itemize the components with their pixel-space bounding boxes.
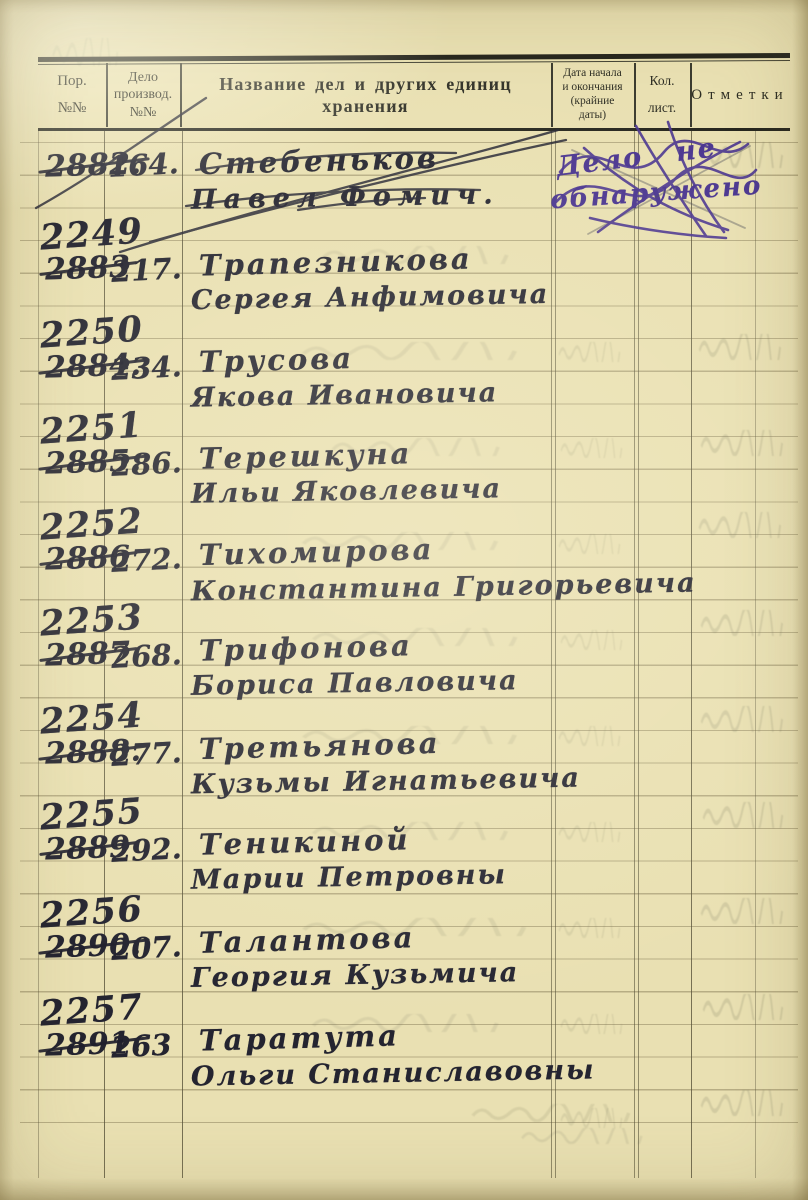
table-row: 2252 2886 272. Тихомирова Константина Гр… [0, 508, 808, 608]
table-row: 2256 2890. 207. Талантова Георгия Кузьми… [0, 896, 808, 996]
entry-given-patronymic: Ильи Яковлевича [191, 473, 503, 509]
entry-given-patronymic: Павел Фомич. [191, 179, 500, 215]
entry-surname: Трапезникова [199, 241, 474, 282]
table-row: 2257 2891. 263 Таратута Ольги Станиславо… [0, 994, 808, 1094]
column-header-serial-number: Пор. №№ [38, 63, 106, 127]
entry-case-number: 217. [110, 251, 182, 289]
column-header-dates: Дата начала и окончания (крайние даты) [551, 63, 634, 127]
entry-surname: Стебеньков [199, 141, 440, 181]
column-header-title: Название дел и других единиц хранения [180, 63, 551, 127]
column-header-notes: Отметки [690, 63, 790, 127]
column-header-sheet-count: Кол. лист. [634, 63, 690, 127]
table-header: Пор. №№ Дело производ. №№ Название дел и… [38, 55, 790, 131]
entry-case-number: 268. [110, 637, 182, 675]
entry-case-number: 286. [110, 445, 182, 483]
entry-given-patronymic: Марии Петровны [191, 859, 507, 896]
entry-case-number: 292. [110, 831, 182, 869]
entry-surname: Тихомирова [199, 532, 435, 572]
entry-case-number: 263 [110, 1027, 172, 1064]
entry-given-patronymic: Бориса Павловича [191, 665, 519, 702]
entry-case-number: 272. [110, 541, 182, 579]
entry-case-number: 207. [110, 929, 182, 967]
column-header-case-number: Дело производ. №№ [106, 63, 180, 127]
entry-given-patronymic: Георгия Кузьмича [191, 957, 520, 994]
entry-case-number: 234. [110, 349, 182, 387]
entry-surname: Теникиной [199, 822, 411, 862]
table-row: 2255 2889 292. Теникиной Марии Петровны [0, 798, 808, 898]
entry-surname: Трифонова [199, 628, 414, 668]
entry-surname: Трусова [199, 341, 355, 379]
entry-given-patronymic: Сергея Анфимовича [191, 279, 550, 316]
table-row: 2253 2887 268. Трифонова Бориса Павлович… [0, 604, 808, 704]
table-row: 2249 2883 217. Трапезникова Сергея Анфим… [0, 218, 808, 318]
entry-case-number: 164. [107, 146, 179, 184]
entry-surname: Терешкуна [199, 436, 413, 476]
entry-given-patronymic: Кузьмы Игнатьевича [191, 763, 581, 801]
table-row: 2250 2884. 234. Трусова Якова Ивановича [0, 316, 808, 416]
entry-given-patronymic: Якова Ивановича [191, 377, 499, 413]
header-rule-bottom [38, 128, 790, 131]
table-row: 2251 2885. 286. Терешкуна Ильи Яковлевич… [0, 412, 808, 512]
entry-given-patronymic: Константина Григорьевича [191, 568, 697, 608]
entry-surname: Таратута [199, 1018, 401, 1057]
table-row: 2254 2888. 277. Третьянова Кузьмы Игнать… [0, 702, 808, 802]
entry-surname: Талантова [199, 920, 416, 960]
entry-surname: Третьянова [199, 726, 441, 766]
entry-given-patronymic: Ольги Станиславовны [191, 1054, 596, 1092]
archive-inventory-page: Пор. №№ Дело производ. №№ Название дел и… [0, 0, 808, 1200]
entry-case-number: 277. [110, 735, 182, 773]
